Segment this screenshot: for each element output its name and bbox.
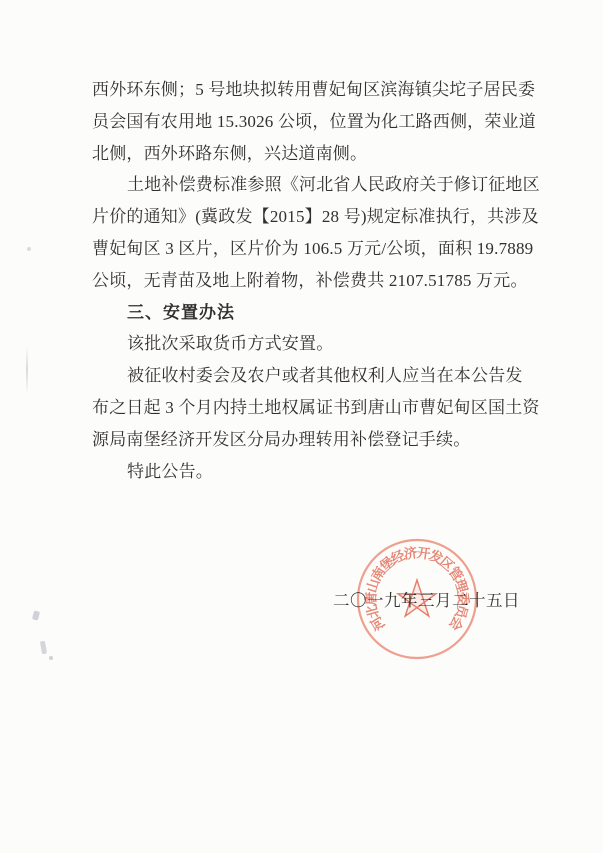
scan-speck — [40, 641, 47, 655]
text-line: 该批次采取货币方式安置。 — [92, 328, 518, 360]
text-line: 布之日起 3 个月内持土地权属证书到唐山市曹妃甸区国土资 — [92, 392, 518, 424]
scan-streak — [26, 346, 28, 394]
text-line: 公顷，无青苗及地上附着物，补偿费共 2107.51785 万元。 — [92, 265, 518, 297]
official-seal-stamp: 河北唐山南堡经济开发区管理委员会 — [347, 529, 487, 669]
document-body: 西外环东侧；5 号地块拟转用曹妃甸区滨海镇尖坨子居民委员会国有农用地 15.30… — [92, 74, 518, 487]
text-line: 被征收村委会及农户或者其他权利人应当在本公告发 — [92, 360, 518, 392]
text-line: 西外环东侧；5 号地块拟转用曹妃甸区滨海镇尖坨子居民委 — [92, 74, 518, 106]
text-line: 特此公告。 — [92, 456, 518, 488]
scan-speck — [49, 656, 53, 660]
scan-speck — [27, 247, 31, 251]
text-line: 三、安置办法 — [92, 297, 518, 329]
text-line: 北侧，西外环路东侧，兴达道南侧。 — [92, 138, 518, 170]
text-line: 曹妃甸区 3 区片，区片价为 106.5 万元/公顷，面积 19.7889 — [92, 233, 518, 265]
scan-speck — [32, 610, 40, 620]
text-line: 片价的通知》(冀政发【2015】28 号)规定标准执行，共涉及 — [92, 201, 518, 233]
scanned-document-page: 西外环东侧；5 号地块拟转用曹妃甸区滨海镇尖坨子居民委员会国有农用地 15.30… — [0, 0, 603, 853]
text-line: 土地补偿费标准参照《河北省人民政府关于修订征地区 — [92, 169, 518, 201]
text-line: 源局南堡经济开发区分局办理转用补偿登记手续。 — [92, 424, 518, 456]
star-icon — [398, 580, 436, 616]
text-line: 员会国有农用地 15.3026 公顷，位置为化工路西侧，荣业道 — [92, 106, 518, 138]
